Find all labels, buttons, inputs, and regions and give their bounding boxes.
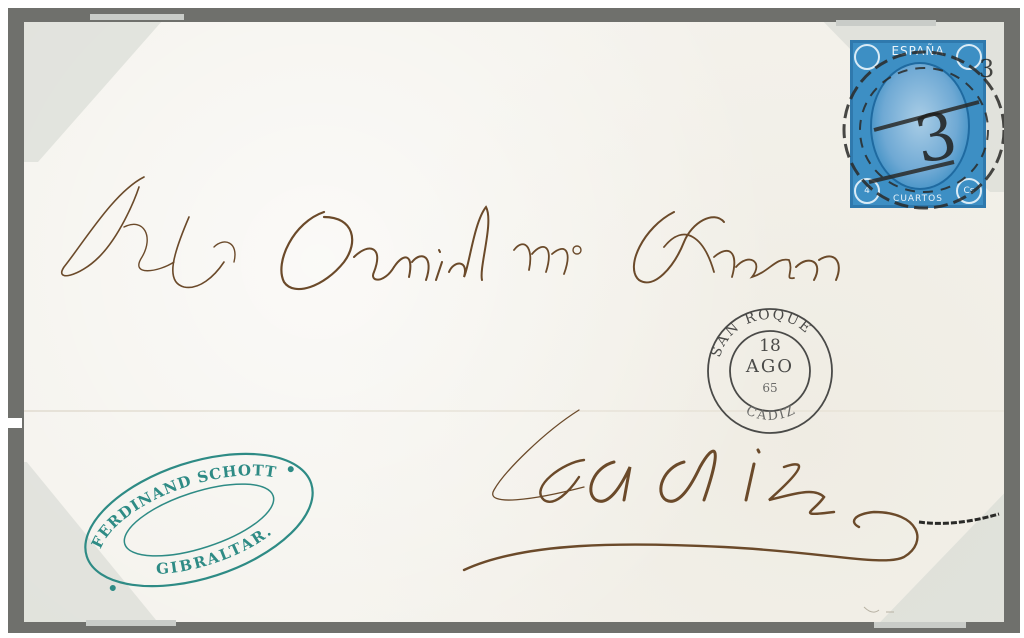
- mount-tab: [90, 14, 184, 20]
- mount-tab: [836, 20, 936, 26]
- letter-sheet: ESPAÑA 4 Cs CUARTOS 3 3 SAN ROQUE: [24, 22, 1004, 622]
- mount-tab: [874, 622, 966, 628]
- mount-notch: [8, 418, 22, 428]
- handwritten-address: [24, 22, 1004, 622]
- mount-tab: [86, 620, 176, 626]
